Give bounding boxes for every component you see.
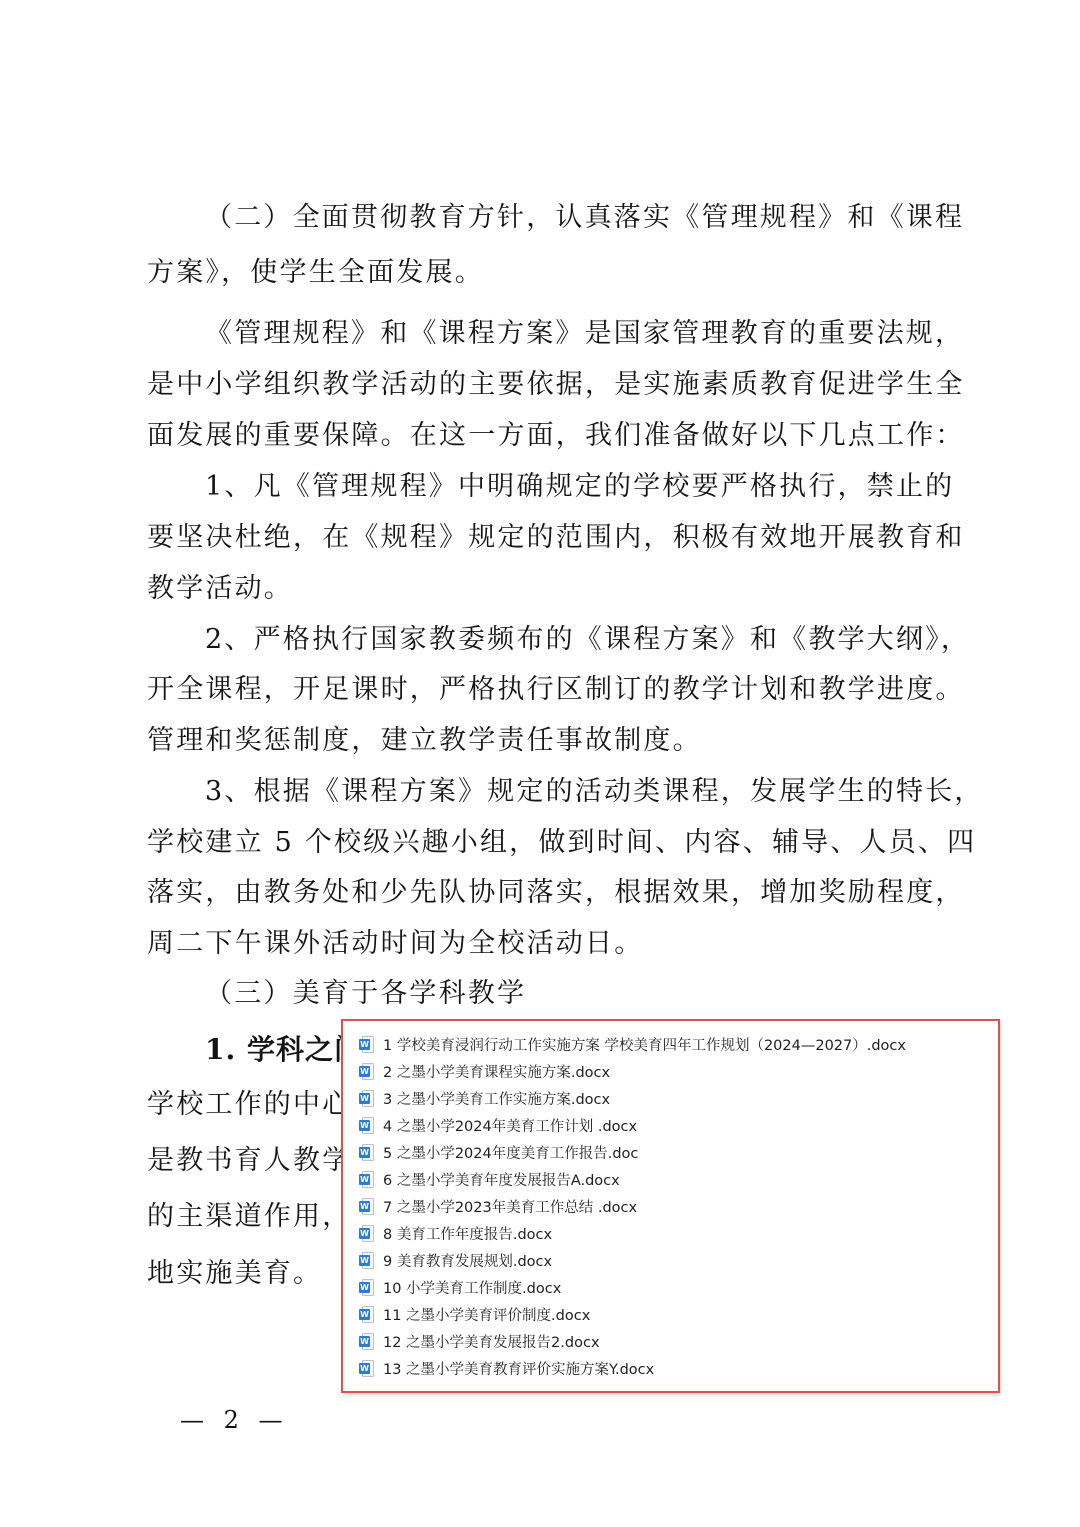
paragraph-line: 面发展的重要保障。在这一方面，我们准备做好以下几点工作：	[147, 419, 947, 453]
document-page: （二）全面贯彻教育方针，认真落实《管理规程》和《课程方案》，使学生全面发展。《管…	[0, 0, 1080, 1527]
paragraph-line: 2、严格执行国家教委频布的《课程方案》和《教学大纲》，	[205, 623, 947, 657]
file-list-item[interactable]: W8 美育工作年度报告.docx	[359, 1222, 552, 1244]
word-badge-icon: W	[359, 1093, 370, 1104]
paragraph-line: 是中小学组织教学活动的主要依据，是实施素质教育促进学生全	[147, 368, 947, 402]
file-name: 7 之墨小学2023年美育工作总结 .docx	[383, 1196, 637, 1217]
file-name: 2 之墨小学美育课程实施方案.docx	[383, 1061, 610, 1082]
file-list-item[interactable]: W2 之墨小学美育课程实施方案.docx	[359, 1060, 610, 1082]
file-list-item[interactable]: W13 之墨小学美育教育评价实施方案Y.docx	[359, 1357, 654, 1379]
file-name: 11 之墨小学美育评价制度.docx	[383, 1304, 590, 1325]
file-name: 5 之墨小学2024年度美育工作报告.doc	[383, 1142, 638, 1163]
file-name: 13 之墨小学美育教育评价实施方案Y.docx	[383, 1358, 654, 1379]
paragraph-line: 落实，由教务处和少先队协同落实，根据效果，增加奖励程度，	[147, 876, 947, 910]
file-list-item[interactable]: W6 之墨小学美育年度发展报告A.docx	[359, 1168, 620, 1190]
word-document-icon: W	[359, 1090, 374, 1107]
file-name: 4 之墨小学2024年美育工作计划 .docx	[383, 1115, 637, 1136]
word-badge-icon: W	[359, 1282, 370, 1293]
file-name: 12 之墨小学美育发展报告2.docx	[383, 1331, 600, 1352]
word-document-icon: W	[359, 1063, 374, 1080]
word-badge-icon: W	[359, 1039, 370, 1050]
paragraph-line: 教学活动。	[147, 572, 947, 606]
file-list-item[interactable]: W11 之墨小学美育评价制度.docx	[359, 1303, 590, 1325]
file-list-item[interactable]: W12 之墨小学美育发展报告2.docx	[359, 1330, 600, 1352]
file-list-item[interactable]: W3 之墨小学美育工作实施方案.docx	[359, 1087, 610, 1109]
paragraph-line: 管理和奖惩制度，建立教学责任事故制度。	[147, 724, 947, 758]
file-name: 9 美育教育发展规划.docx	[383, 1250, 552, 1271]
file-list-panel: W1 学校美育浸润行动工作实施方案 学校美育四年工作规划（2024—2027）.…	[341, 1019, 1000, 1393]
word-document-icon: W	[359, 1333, 374, 1350]
word-badge-icon: W	[359, 1066, 370, 1077]
file-list-item[interactable]: W4 之墨小学2024年美育工作计划 .docx	[359, 1114, 637, 1136]
word-document-icon: W	[359, 1360, 374, 1377]
word-badge-icon: W	[359, 1120, 370, 1131]
file-name: 1 学校美育浸润行动工作实施方案 学校美育四年工作规划（2024—2027）.d…	[383, 1034, 906, 1055]
file-name: 6 之墨小学美育年度发展报告A.docx	[383, 1169, 620, 1190]
word-document-icon: W	[359, 1117, 374, 1134]
paragraph-line: 学校建立 5 个校级兴趣小组，做到时间、内容、辅导、人员、四	[147, 826, 947, 860]
file-list-item[interactable]: W9 美育教育发展规划.docx	[359, 1249, 552, 1271]
paragraph-line: 周二下午课外活动时间为全校活动日。	[147, 927, 947, 961]
word-document-icon: W	[359, 1171, 374, 1188]
paragraph-line: 3、根据《课程方案》规定的活动类课程，发展学生的特长，	[205, 775, 947, 809]
paragraph-line: 方案》，使学生全面发展。	[147, 256, 947, 290]
file-name: 8 美育工作年度报告.docx	[383, 1223, 552, 1244]
file-list-item[interactable]: W10 小学美育工作制度.docx	[359, 1276, 561, 1298]
word-badge-icon: W	[359, 1255, 370, 1266]
paragraph-line: （二）全面贯彻教育方针，认真落实《管理规程》和《课程	[205, 201, 947, 235]
file-name: 3 之墨小学美育工作实施方案.docx	[383, 1088, 610, 1109]
word-document-icon: W	[359, 1036, 374, 1053]
word-badge-icon: W	[359, 1174, 370, 1185]
word-document-icon: W	[359, 1252, 374, 1269]
page-number: — 2 —	[180, 1406, 289, 1434]
word-badge-icon: W	[359, 1228, 370, 1239]
word-document-icon: W	[359, 1198, 374, 1215]
word-document-icon: W	[359, 1225, 374, 1242]
word-badge-icon: W	[359, 1363, 370, 1374]
paragraph-line: 《管理规程》和《课程方案》是国家管理教育的重要法规，	[205, 317, 947, 351]
paragraph-line: （三）美育于各学科教学	[205, 977, 947, 1011]
paragraph-line: 开全课程，开足课时，严格执行区制订的教学计划和教学进度。	[147, 673, 947, 707]
file-list-item[interactable]: W1 学校美育浸润行动工作实施方案 学校美育四年工作规划（2024—2027）.…	[359, 1033, 906, 1055]
word-badge-icon: W	[359, 1147, 370, 1158]
paragraph-line: 1、凡《管理规程》中明确规定的学校要严格执行，禁止的	[205, 470, 947, 504]
file-list-item[interactable]: W7 之墨小学2023年美育工作总结 .docx	[359, 1195, 637, 1217]
word-document-icon: W	[359, 1144, 374, 1161]
paragraph-line: 要坚决杜绝，在《规程》规定的范围内，积极有效地开展教育和	[147, 521, 947, 555]
file-name: 10 小学美育工作制度.docx	[383, 1277, 561, 1298]
word-badge-icon: W	[359, 1336, 370, 1347]
word-document-icon: W	[359, 1279, 374, 1296]
file-list-item[interactable]: W5 之墨小学2024年度美育工作报告.doc	[359, 1141, 638, 1163]
word-badge-icon: W	[359, 1201, 370, 1212]
word-badge-icon: W	[359, 1309, 370, 1320]
word-document-icon: W	[359, 1306, 374, 1323]
